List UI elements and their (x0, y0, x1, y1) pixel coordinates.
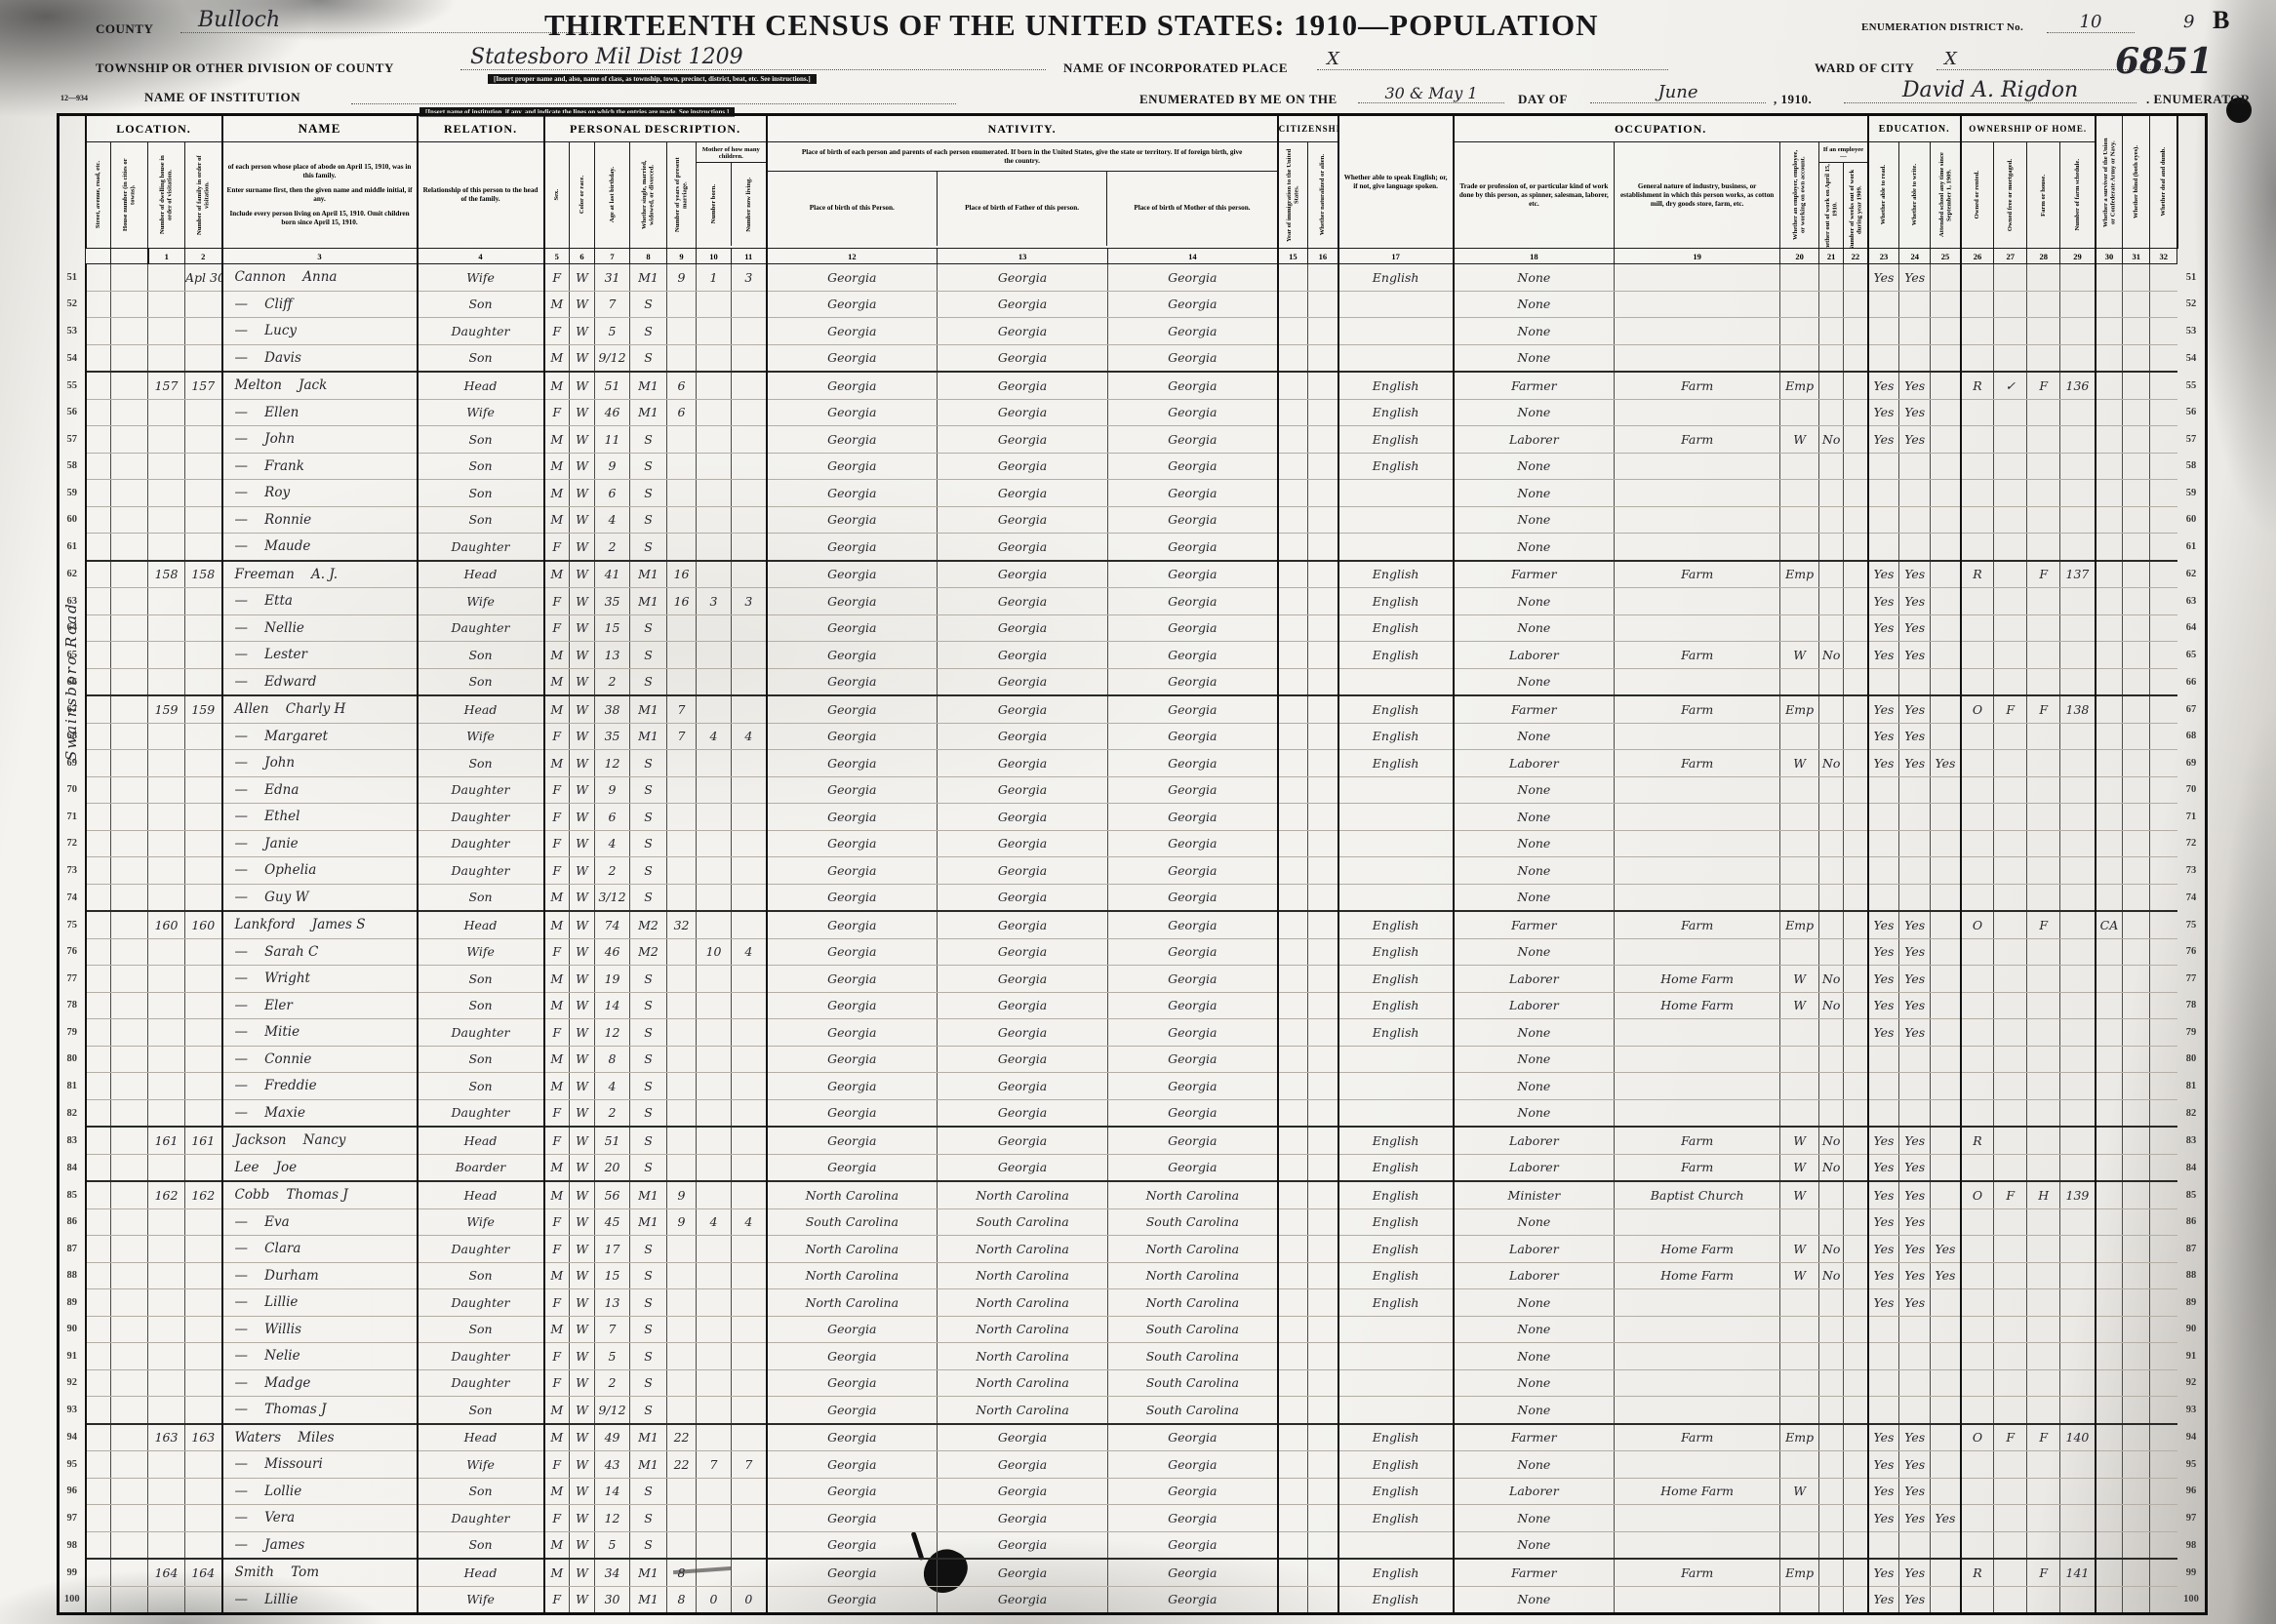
cell-rel: Son (418, 1046, 544, 1073)
cell-fm (1994, 1127, 2027, 1154)
cell-sc (1931, 938, 1961, 966)
cell-en: English (1338, 453, 1454, 480)
cell-pf: Georgia (938, 668, 1108, 695)
cell-wr: Yes (1899, 1019, 1931, 1047)
cell-pf: Georgia (938, 372, 1108, 399)
cell-dw (148, 1154, 185, 1181)
cell-hn (111, 1424, 148, 1451)
cell-sc (1931, 1073, 1961, 1100)
cell-wr (1899, 506, 1931, 534)
cell-st (86, 1019, 111, 1047)
cell-fs (2060, 911, 2096, 938)
cell-ms: S (630, 453, 667, 480)
cell-en: English (1338, 1019, 1454, 1047)
cell-im (1278, 1127, 1308, 1154)
table-row: 52— CliffSonMW7SGeorgiaGeorgiaGeorgiaNon… (59, 291, 2207, 318)
cell-im (1278, 776, 1308, 804)
cell-hn (111, 830, 148, 857)
cell-fh (2027, 1154, 2060, 1181)
cell-vt (2096, 1451, 2123, 1479)
cell-vt (2096, 453, 2123, 480)
cell-co: W (570, 1397, 595, 1424)
cell-ag: 6 (595, 804, 630, 831)
cell-ym: 6 (667, 399, 697, 426)
cell-dw (148, 588, 185, 615)
cell-name: — Maxie (222, 1099, 418, 1127)
cell-ag: 56 (595, 1181, 630, 1208)
cell-fh (2027, 344, 2060, 372)
cell-in: Home Farm (1615, 966, 1780, 993)
cell-bl (2123, 776, 2150, 804)
cell-im (1278, 1046, 1308, 1073)
column-number: 31 (2123, 249, 2150, 264)
cell-rd: Yes (1868, 372, 1899, 399)
cell-in (1615, 614, 1780, 642)
cell-rd (1868, 1343, 1899, 1370)
cell-co: W (570, 1019, 595, 1047)
cell-tr: None (1454, 1289, 1615, 1317)
cell-pf: North Carolina (938, 1316, 1108, 1343)
col-naturalized: Whether naturalized or alien. (1308, 142, 1338, 249)
cell-hn (111, 1127, 148, 1154)
cell-ag: 2 (595, 668, 630, 695)
cell-fs (2060, 264, 2096, 292)
cell-name: — Edna (222, 776, 418, 804)
cell-en: English (1338, 1424, 1454, 1451)
cell-rel: Wife (418, 1208, 544, 1236)
cell-in (1615, 1289, 1780, 1317)
cell-fs (2060, 723, 2096, 750)
cell-co: W (570, 668, 595, 695)
cell-na (1308, 1316, 1338, 1343)
cell-pm: Georgia (1108, 668, 1278, 695)
cell-dw (148, 426, 185, 454)
incorporated-value: X (1317, 49, 1668, 70)
table-row: 96— LollieSonMW14SGeorgiaGeorgiaGeorgiaE… (59, 1478, 2207, 1505)
cell-cl (732, 804, 767, 831)
cell-em (1780, 480, 1819, 507)
cell-cb (697, 1505, 732, 1532)
cell-fa: 161 (185, 1127, 222, 1154)
cell-ow (1819, 776, 1844, 804)
cell-fh (2027, 776, 2060, 804)
line-number-left: 88 (59, 1262, 86, 1289)
cell-in (1615, 1451, 1780, 1479)
cell-sc (1931, 291, 1961, 318)
cell-wk (1844, 938, 1868, 966)
group-citizenship: CITIZENSHIP. (1278, 115, 1338, 142)
cell-ms: S (630, 1019, 667, 1047)
cell-ms: S (630, 534, 667, 561)
cell-bl (2123, 1262, 2150, 1289)
cell-fm (1994, 804, 2027, 831)
line-number-left: 54 (59, 344, 86, 372)
cell-co: W (570, 1316, 595, 1343)
line-number-left: 55 (59, 372, 86, 399)
cell-name: — Missouri (222, 1451, 418, 1479)
cell-sc (1931, 453, 1961, 480)
cell-cb (697, 1181, 732, 1208)
cell-rel: Daughter (418, 1099, 544, 1127)
cell-pf: Georgia (938, 804, 1108, 831)
line-number-right: 80 (2177, 1046, 2207, 1073)
cell-df (2150, 1236, 2177, 1263)
cell-im (1278, 1236, 1308, 1263)
cell-sc (1931, 911, 1961, 938)
line-number-left: 74 (59, 884, 86, 911)
cell-rel: Head (418, 1424, 544, 1451)
cell-fm (1994, 1208, 2027, 1236)
cell-co: W (570, 1181, 595, 1208)
cell-na (1308, 938, 1338, 966)
cell-co: W (570, 1127, 595, 1154)
cell-bl (2123, 1586, 2150, 1614)
cell-co: W (570, 399, 595, 426)
cell-ym (667, 1316, 697, 1343)
line-number-right: 100 (2177, 1586, 2207, 1614)
cell-cb (697, 1154, 732, 1181)
cell-vt (2096, 1559, 2123, 1586)
cell-st (86, 506, 111, 534)
cell-cb: 0 (697, 1586, 732, 1614)
cell-st (86, 372, 111, 399)
table-row: 63— EttaWifeFW35M11633GeorgiaGeorgiaGeor… (59, 588, 2207, 615)
cell-cb (697, 318, 732, 345)
line-number-right: 86 (2177, 1208, 2207, 1236)
cell-vt (2096, 291, 2123, 318)
cell-fm (1994, 453, 2027, 480)
cell-fh (2027, 1099, 2060, 1127)
cell-sx: M (544, 642, 570, 669)
cell-cl (732, 480, 767, 507)
cell-pm: Georgia (1108, 1046, 1278, 1073)
table-row: 55157157Melton JackHeadMW51M16GeorgiaGeo… (59, 372, 2207, 399)
cell-pb: Georgia (767, 1369, 938, 1397)
cell-vt (2096, 884, 2123, 911)
cell-rd (1868, 830, 1899, 857)
cell-fh (2027, 318, 2060, 345)
cell-pf: Georgia (938, 695, 1108, 723)
cell-tr: Laborer (1454, 992, 1615, 1019)
cell-co: W (570, 318, 595, 345)
cell-ow: No (1819, 1262, 1844, 1289)
cell-hn (111, 642, 148, 669)
cell-in (1615, 399, 1780, 426)
cell-ow (1819, 723, 1844, 750)
cell-vt (2096, 830, 2123, 857)
cell-en: English (1338, 1127, 1454, 1154)
cell-cb (697, 911, 732, 938)
cell-tr: None (1454, 1505, 1615, 1532)
cell-ag: 30 (595, 1586, 630, 1614)
cell-pb: Georgia (767, 614, 938, 642)
cell-pm: Georgia (1108, 1478, 1278, 1505)
cell-bl (2123, 614, 2150, 642)
line-number-left: 68 (59, 723, 86, 750)
cell-hn (111, 938, 148, 966)
cell-dw: 161 (148, 1127, 185, 1154)
cell-co: W (570, 453, 595, 480)
cell-ms: S (630, 1478, 667, 1505)
cell-rd: Yes (1868, 1019, 1899, 1047)
table-row: 86— EvaWifeFW45M1944South CarolinaSouth … (59, 1208, 2207, 1236)
cell-pm: Georgia (1108, 1559, 1278, 1586)
col-family-number: Number of family in order of visitation. (185, 142, 222, 249)
cell-ym (667, 480, 697, 507)
cell-fm (1994, 1236, 2027, 1263)
cell-name: Waters Miles (222, 1424, 418, 1451)
cell-df (2150, 911, 2177, 938)
cell-pb: Georgia (767, 642, 938, 669)
cell-st (86, 911, 111, 938)
cell-fs (2060, 506, 2096, 534)
cell-st (86, 1127, 111, 1154)
line-number-right: 51 (2177, 264, 2207, 292)
cell-cb: 7 (697, 1451, 732, 1479)
cell-cl (732, 1019, 767, 1047)
col-school: Attended school any time since September… (1931, 142, 1961, 249)
cell-dw (148, 776, 185, 804)
cell-wk (1844, 1531, 1868, 1559)
cell-or (1961, 1586, 1994, 1614)
cell-dw: 159 (148, 695, 185, 723)
cell-cl (732, 1127, 767, 1154)
cell-pm: Georgia (1108, 776, 1278, 804)
cell-fa (185, 884, 222, 911)
line-number-right: 85 (2177, 1181, 2207, 1208)
cell-pm: Georgia (1108, 1154, 1278, 1181)
cell-tr: None (1454, 1531, 1615, 1559)
cell-cl (732, 344, 767, 372)
cell-pf: Georgia (938, 1451, 1108, 1479)
census-table-wrapper: LOCATION. NAME RELATION. PERSONAL DESCRI… (57, 113, 2208, 1615)
cell-fs (2060, 1236, 2096, 1263)
cell-im (1278, 372, 1308, 399)
cell-df (2150, 830, 2177, 857)
cell-cl: 4 (732, 1208, 767, 1236)
cell-ym (667, 776, 697, 804)
cell-fa (185, 1586, 222, 1614)
cell-pm: Georgia (1108, 938, 1278, 966)
cell-fs (2060, 1316, 2096, 1343)
cell-tr: None (1454, 506, 1615, 534)
cell-rd: Yes (1868, 966, 1899, 993)
cell-pf: Georgia (938, 750, 1108, 777)
cell-im (1278, 1073, 1308, 1100)
cell-ow (1819, 1451, 1844, 1479)
cell-cl (732, 1099, 767, 1127)
cell-ow: No (1819, 992, 1844, 1019)
cell-sc (1931, 506, 1961, 534)
cell-bl (2123, 750, 2150, 777)
cell-sx: F (544, 857, 570, 885)
cell-pf: Georgia (938, 830, 1108, 857)
cell-im (1278, 480, 1308, 507)
cell-na (1308, 1262, 1338, 1289)
cell-rd: Yes (1868, 938, 1899, 966)
cell-vt (2096, 426, 2123, 454)
cell-im (1278, 1424, 1308, 1451)
cell-bl (2123, 1019, 2150, 1047)
cell-sx: F (544, 1208, 570, 1236)
cell-rd (1868, 1316, 1899, 1343)
cell-fs: 139 (2060, 1181, 2096, 1208)
cell-na (1308, 911, 1338, 938)
table-row: 77— WrightSonMW19SGeorgiaGeorgiaGeorgiaE… (59, 966, 2207, 993)
cell-co: W (570, 1586, 595, 1614)
cell-cb (697, 966, 732, 993)
cell-im (1278, 614, 1308, 642)
cell-rel: Son (418, 1316, 544, 1343)
cell-tr: None (1454, 776, 1615, 804)
cell-ow (1819, 318, 1844, 345)
cell-or: O (1961, 1424, 1994, 1451)
col-sex: Sex. (544, 142, 570, 249)
cell-ms: S (630, 291, 667, 318)
cell-cl (732, 318, 767, 345)
line-number-left: 57 (59, 426, 86, 454)
cell-na (1308, 1505, 1338, 1532)
cell-en (1338, 884, 1454, 911)
cell-cb: 1 (697, 264, 732, 292)
cell-st (86, 804, 111, 831)
column-number: 19 (1615, 249, 1780, 264)
table-row: 75160160Lankford James SHeadMW74M232Geor… (59, 911, 2207, 938)
line-number-right: 69 (2177, 750, 2207, 777)
cell-wr: Yes (1899, 911, 1931, 938)
cell-pm: Georgia (1108, 857, 1278, 885)
cell-na (1308, 1369, 1338, 1397)
cell-tr: None (1454, 1316, 1615, 1343)
line-number-left: 66 (59, 668, 86, 695)
cell-vt: CA (2096, 911, 2123, 938)
cell-or: O (1961, 1181, 1994, 1208)
line-number-left: 70 (59, 776, 86, 804)
line-number-left: 53 (59, 318, 86, 345)
cell-fh (2027, 453, 2060, 480)
cell-rel: Daughter (418, 1369, 544, 1397)
cell-pf: Georgia (938, 1424, 1108, 1451)
cell-bl (2123, 426, 2150, 454)
cell-en: English (1338, 561, 1454, 588)
cell-fh (2027, 1127, 2060, 1154)
cell-em (1780, 344, 1819, 372)
cell-na (1308, 344, 1338, 372)
table-row: 100— LillieWifeFW30M1800GeorgiaGeorgiaGe… (59, 1586, 2207, 1614)
form-number: 12—934 (60, 94, 88, 102)
cell-fa (185, 1236, 222, 1263)
cell-sc (1931, 614, 1961, 642)
column-number (111, 249, 148, 264)
cell-tr: Farmer (1454, 372, 1615, 399)
cell-pf: Georgia (938, 506, 1108, 534)
cell-em: W (1780, 1181, 1819, 1208)
cell-co: W (570, 642, 595, 669)
cell-name: Jackson Nancy (222, 1127, 418, 1154)
cell-rel: Daughter (418, 1019, 544, 1047)
cell-ym: 7 (667, 723, 697, 750)
cell-ag: 11 (595, 426, 630, 454)
cell-rel: Son (418, 426, 544, 454)
cell-rel: Son (418, 480, 544, 507)
table-row: 54— DavisSonMW9/12SGeorgiaGeorgiaGeorgia… (59, 344, 2207, 372)
cell-hn (111, 1019, 148, 1047)
cell-vt (2096, 1397, 2123, 1424)
township-value: Statesboro Mil Dist 1209 (460, 45, 1046, 70)
cell-sc (1931, 884, 1961, 911)
cell-ow (1819, 1531, 1844, 1559)
cell-bl (2123, 318, 2150, 345)
cell-bl (2123, 1236, 2150, 1263)
cell-ym: 16 (667, 561, 697, 588)
cell-in: Farm (1615, 426, 1780, 454)
cell-in (1615, 344, 1780, 372)
cell-hn (111, 372, 148, 399)
col-dwelling-number: Number of dwelling house in order of vis… (148, 142, 185, 249)
cell-fm (1994, 480, 2027, 507)
cell-fs: 136 (2060, 372, 2096, 399)
table-row: 87— ClaraDaughterFW17SNorth CarolinaNort… (59, 1236, 2207, 1263)
cell-wr (1899, 884, 1931, 911)
table-row: 69— JohnSonMW12SGeorgiaGeorgiaGeorgiaEng… (59, 750, 2207, 777)
cell-wk (1844, 1505, 1868, 1532)
cell-hn (111, 1046, 148, 1073)
cell-in (1615, 1046, 1780, 1073)
cell-vt (2096, 804, 2123, 831)
line-number-right: 84 (2177, 1154, 2207, 1181)
cell-pm: South Carolina (1108, 1369, 1278, 1397)
cell-cb (697, 480, 732, 507)
cell-ag: 13 (595, 1289, 630, 1317)
table-row: 60— RonnieSonMW4SGeorgiaGeorgiaGeorgiaNo… (59, 506, 2207, 534)
cell-name: Lankford James S (222, 911, 418, 938)
cell-pm: Georgia (1108, 1586, 1278, 1614)
cell-co: W (570, 804, 595, 831)
cell-fa (185, 506, 222, 534)
cell-name: — Frank (222, 453, 418, 480)
cell-rd: Yes (1868, 750, 1899, 777)
cell-en (1338, 830, 1454, 857)
cell-ms: S (630, 830, 667, 857)
cell-ms: S (630, 776, 667, 804)
cell-pm: Georgia (1108, 506, 1278, 534)
cell-ow: No (1819, 1236, 1844, 1263)
cell-ag: 9 (595, 776, 630, 804)
cell-fs (2060, 614, 2096, 642)
cell-co: W (570, 506, 595, 534)
cell-bl (2123, 804, 2150, 831)
cell-tr: None (1454, 857, 1615, 885)
cell-bl (2123, 1127, 2150, 1154)
cell-tr: Farmer (1454, 911, 1615, 938)
cell-em: W (1780, 1478, 1819, 1505)
cell-ms: S (630, 1046, 667, 1073)
cell-hn (111, 399, 148, 426)
cell-ym (667, 1397, 697, 1424)
cell-na (1308, 1531, 1338, 1559)
cell-pm: Georgia (1108, 1019, 1278, 1047)
cell-fs (2060, 1208, 2096, 1236)
cell-rd: Yes (1868, 723, 1899, 750)
cell-pb: Georgia (767, 1424, 938, 1451)
county-label: COUNTY (96, 21, 153, 37)
cell-em (1780, 1343, 1819, 1370)
cell-wk (1844, 1343, 1868, 1370)
cell-wr: Yes (1899, 1289, 1931, 1317)
cell-dw (148, 750, 185, 777)
cell-pf: Georgia (938, 1586, 1108, 1614)
cell-st (86, 695, 111, 723)
